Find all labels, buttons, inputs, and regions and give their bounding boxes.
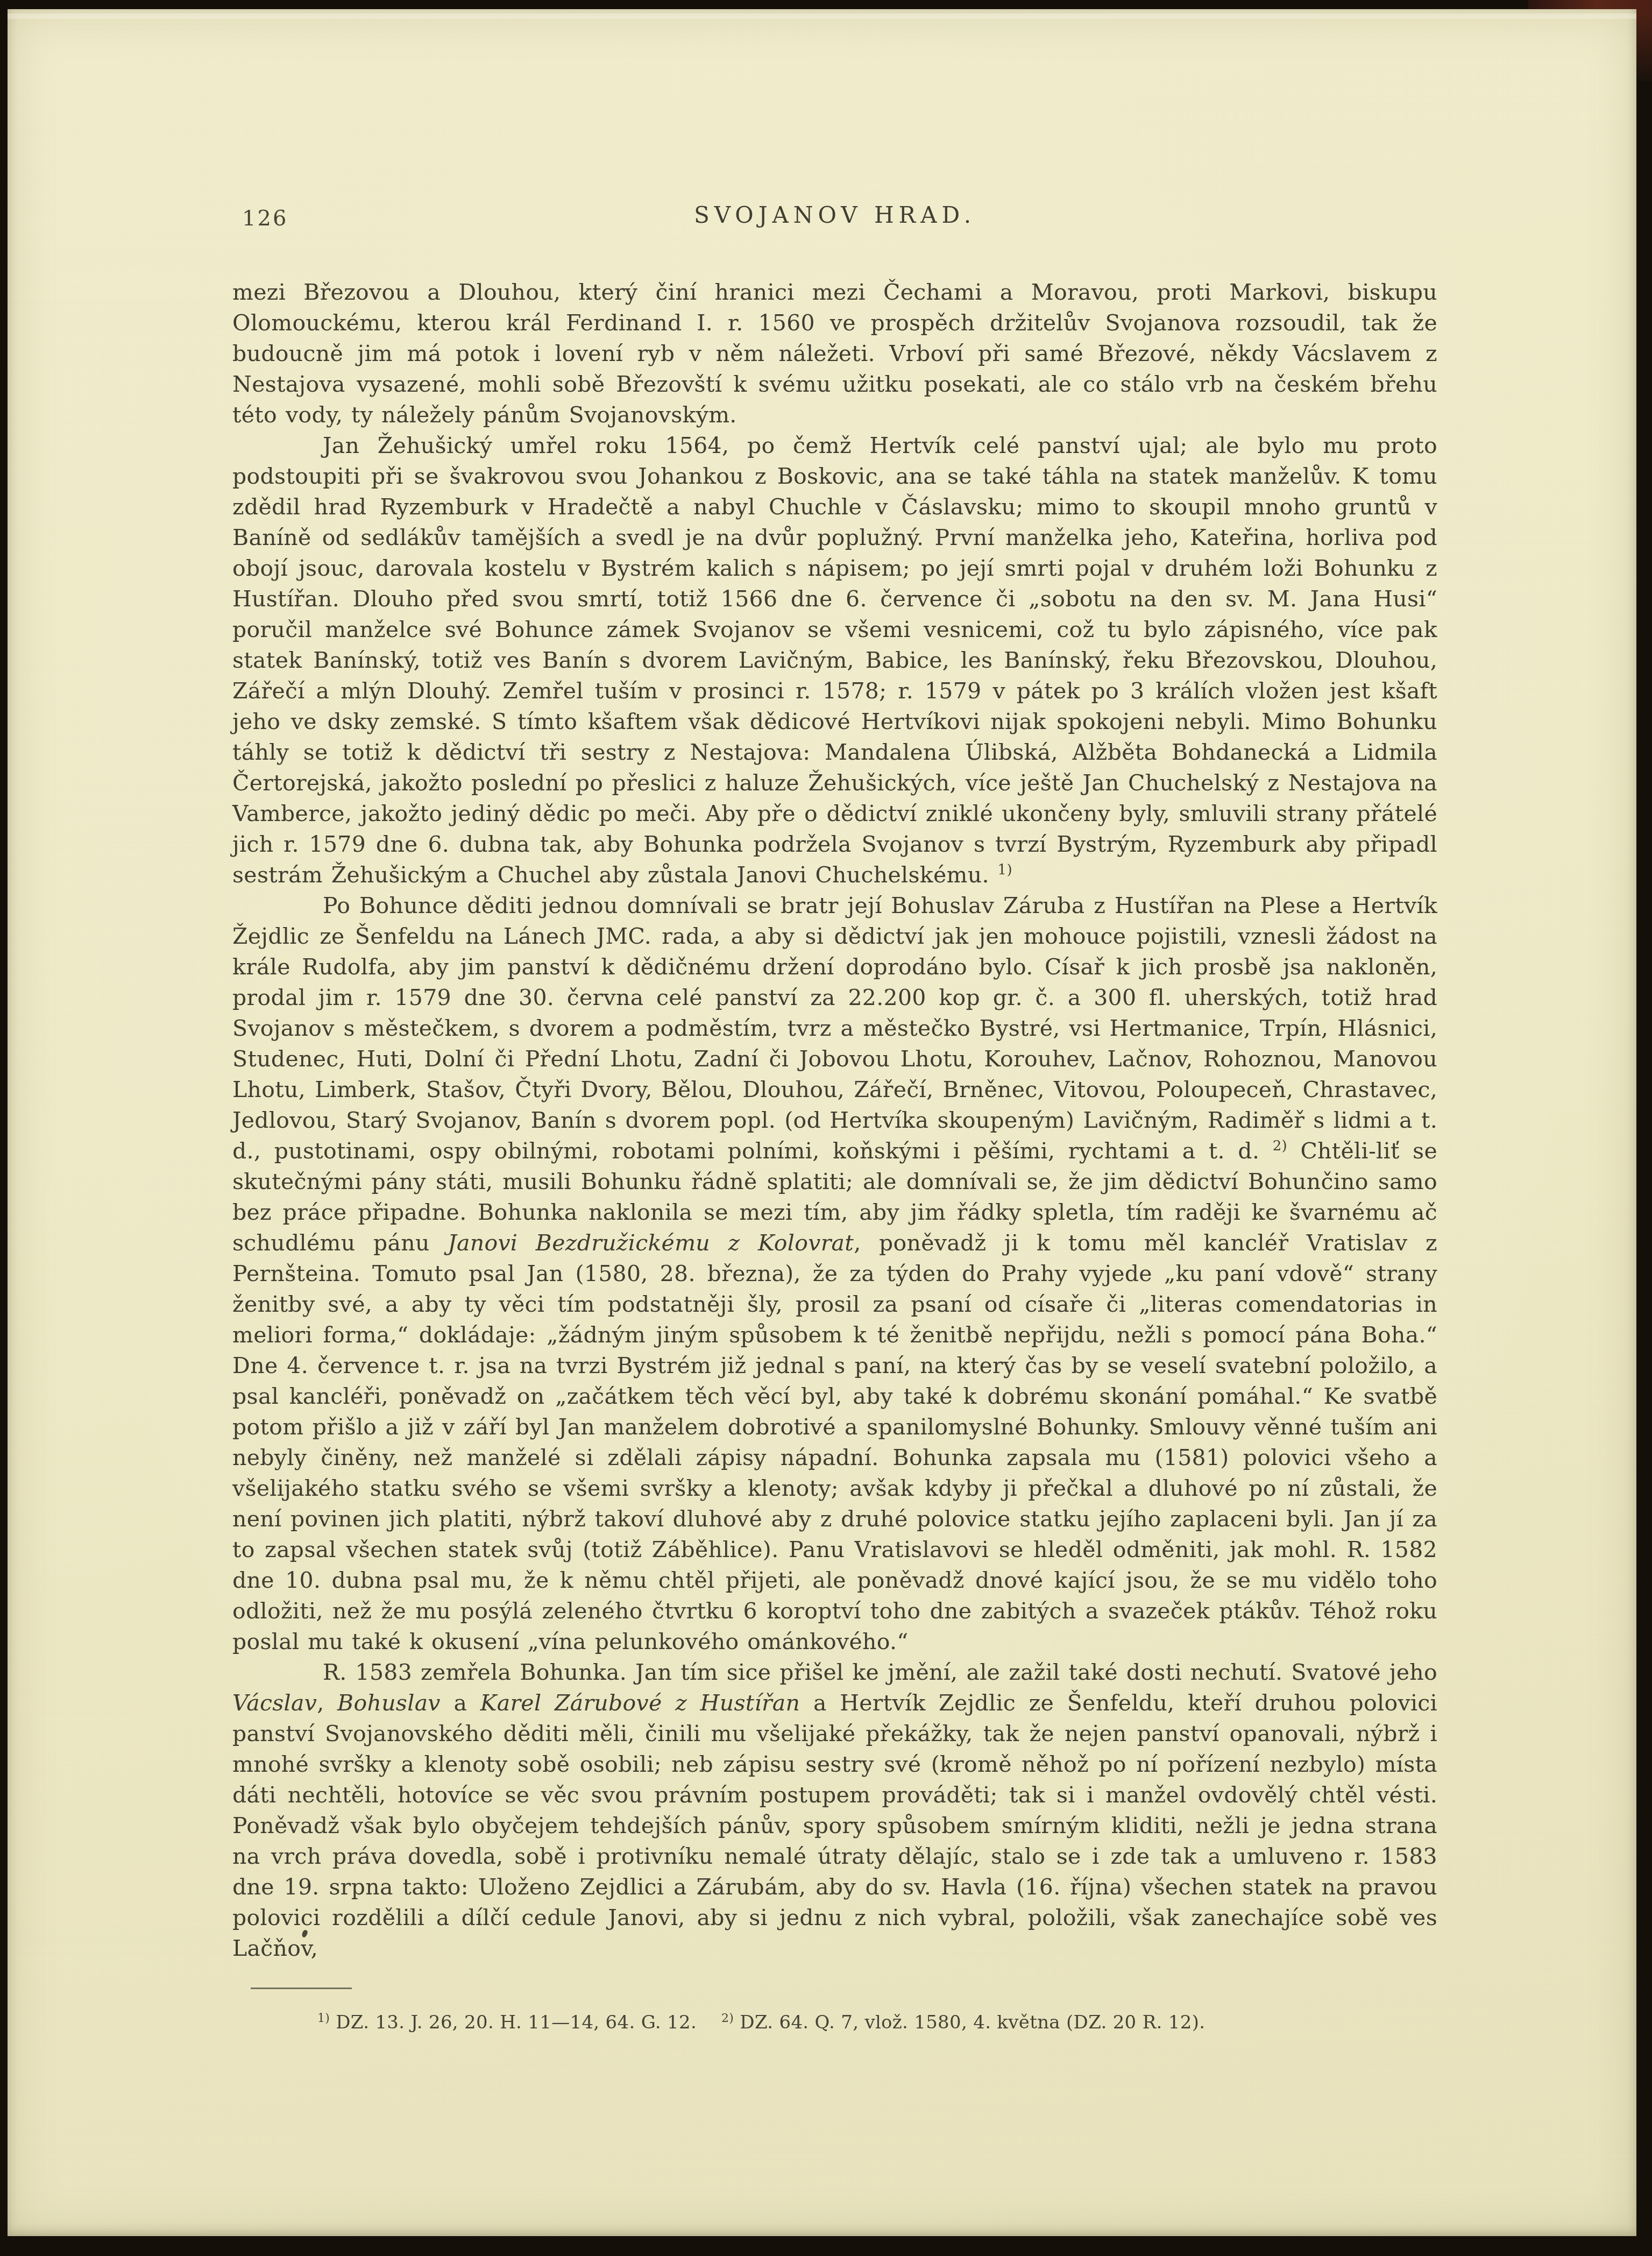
text-run: Jan Žehušický umřel roku 1564, po čemž H… [232,433,1437,888]
book-spine-edge [1636,16,1652,81]
text-run: a [441,1690,480,1716]
footnote-marker: 1) [998,862,1012,878]
footnotes-line: 1) DZ. 13. J. 26, 20. H. 11—14, 64. G. 1… [317,2011,1437,2034]
footnote: 1) DZ. 13. J. 26, 20. H. 11—14, 64. G. 1… [317,2012,697,2033]
body-text: mezi Březovou a Dlouhou, který činí hran… [232,277,1437,1964]
italic-name: Karel Zárubové z Hustířan [480,1690,800,1716]
paragraph: Po Bohunce děditi jednou domnívali se br… [232,890,1437,1657]
text-run: , [317,1690,337,1716]
italic-name: Bohuslav [337,1690,441,1716]
text-run: mezi Březovou a Dlouhou, který činí hran… [232,279,1437,428]
italic-name: Vácslav [232,1690,317,1716]
text-run: a Hertvík Zejdlic ze Šenfeldu, kteří dru… [232,1690,1437,1961]
text-run: R. 1583 zemřela Bohunka. Jan tím sice př… [323,1659,1437,1685]
footnote-text: DZ. 64. Q. 7, vlož. 1580, 4. května (DZ.… [734,2012,1205,2033]
text-run: Po Bohunce děditi jednou domnívali se br… [232,893,1437,1164]
footnote-marker: 2) [721,2012,734,2025]
footnote-text: DZ. 13. J. 26, 20. H. 11—14, 64. G. 12. [330,2012,697,2033]
page-header: 126 SVOJANOV HRAD. [232,202,1437,233]
book-page: 126 SVOJANOV HRAD. mezi Březovou a Dlouh… [8,9,1636,2236]
scan-background: 126 SVOJANOV HRAD. mezi Březovou a Dlouh… [0,0,1652,2256]
footnote-marker: 1) [317,2012,330,2025]
footnote-separator-rule [251,1988,352,1989]
text-run: , poněvadž ji k tomu měl kancléř Vratisl… [232,1230,1437,1654]
paragraph: mezi Březovou a Dlouhou, který činí hran… [232,277,1437,430]
paragraph: R. 1583 zemřela Bohunka. Jan tím sice př… [232,1657,1437,1964]
footnote: 2) DZ. 64. Q. 7, vlož. 1580, 4. května (… [721,2012,1205,2033]
italic-name: Janovi Bezdružickému z Kolovrat [448,1230,854,1256]
running-header-title: SVOJANOV HRAD. [232,202,1437,228]
page-number: 126 [242,206,288,231]
text-column: 126 SVOJANOV HRAD. mezi Březovou a Dlouh… [232,9,1437,2034]
footnote-marker: 2) [1273,1138,1287,1154]
paragraph: Jan Žehušický umřel roku 1564, po čemž H… [232,430,1437,890]
